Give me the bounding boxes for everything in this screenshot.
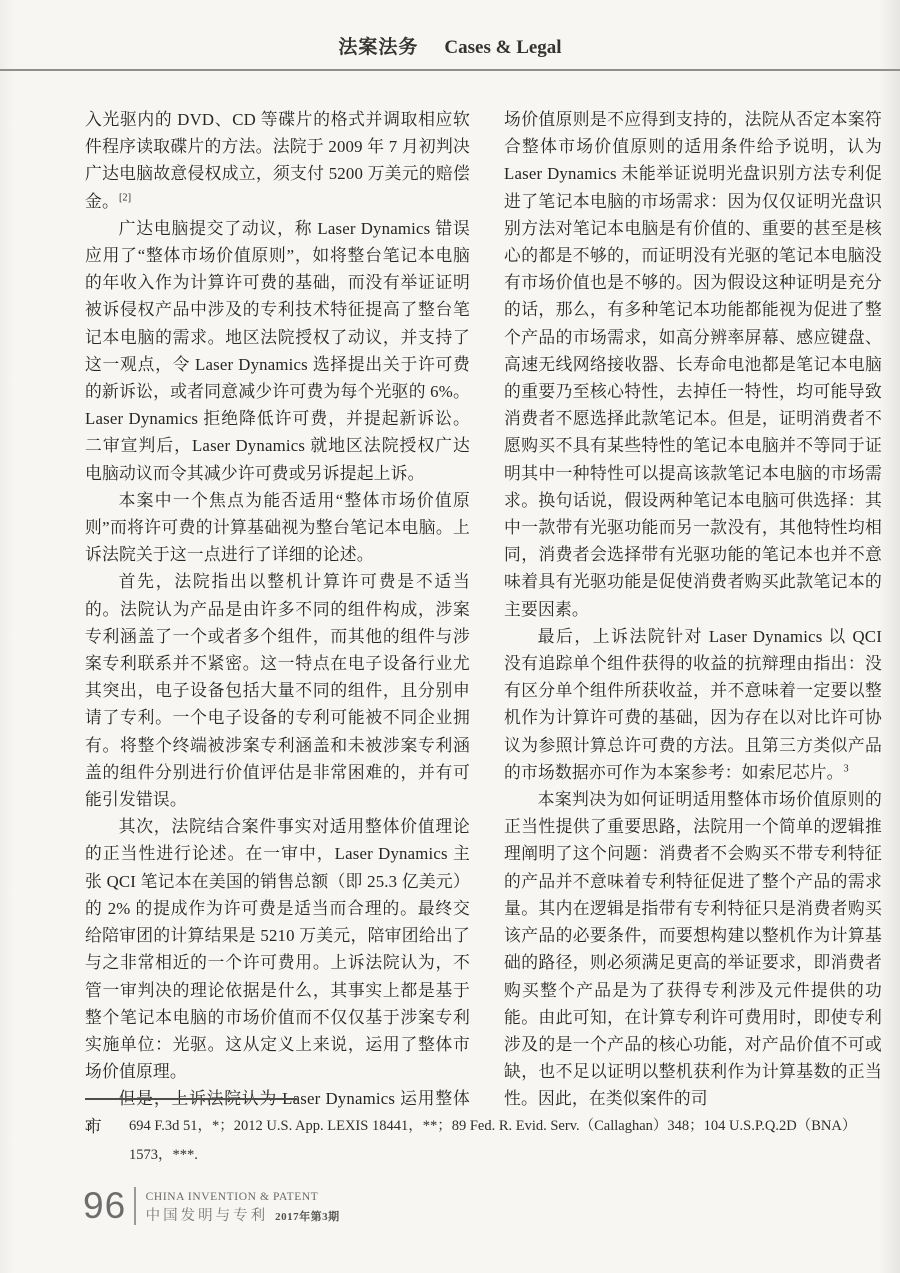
footnote-rule (85, 1098, 297, 1100)
paragraph: 本案判决为如何证明适用整体市场价值原则的正当性提供了重要思路，法院用一个简单的逻… (504, 786, 882, 1112)
paragraph: 最后，上诉法院针对 Laser Dynamics 以 QCI 没有追踪单个组件获… (504, 623, 882, 786)
right-column: 场价值原则是不应得到支持的，法院从否定本案符合整体市场价值原则的适用条件给予说明… (504, 106, 882, 1140)
journal-name-zh: 中国发明与专利 (146, 1207, 269, 1226)
scanned-journal-page: 法案法务Cases & Legal 入光驱内的 DVD、CD 等碟片的格式并调取… (0, 0, 900, 1273)
paragraph: 入光驱内的 DVD、CD 等碟片的格式并调取相应软件程序读取碟片的方法。法院于 … (85, 106, 470, 215)
journal-info: CHINA INVENTION & PATENT 中国发明与专利 2017年第3… (146, 1186, 340, 1226)
paragraph: 广达电脑提交了动议，称 Laser Dynamics 错误应用了“整体市场价值原… (85, 215, 470, 487)
header-rule (0, 69, 900, 71)
article-body: 入光驱内的 DVD、CD 等碟片的格式并调取相应软件程序读取碟片的方法。法院于 … (85, 106, 882, 1140)
paragraph: 场价值原则是不应得到支持的，法院从否定本案符合整体市场价值原则的适用条件给予说明… (504, 106, 882, 623)
footnote-text: 694 F.3d 51，*；2012 U.S. App. LEXIS 18441… (129, 1112, 882, 1170)
page-number: 96 (83, 1187, 126, 1224)
left-column: 入光驱内的 DVD、CD 等碟片的格式并调取相应软件程序读取碟片的方法。法院于 … (85, 106, 470, 1140)
footnote-block: 3 694 F.3d 51，*；2012 U.S. App. LEXIS 184… (85, 1098, 882, 1170)
section-title-en: Cases & Legal (444, 37, 561, 58)
page-footer: 96 CHINA INVENTION & PATENT 中国发明与专利 2017… (83, 1186, 340, 1226)
footnote-number: 3 (85, 1112, 129, 1170)
paragraph: 首先，法院指出以整机计算许可费是不适当的。法院认为产品是由许多不同的组件构成，涉… (85, 568, 470, 813)
page-header: 法案法务Cases & Legal (0, 32, 900, 59)
footnote-reference: [2] (119, 192, 131, 203)
paragraph: 本案中一个焦点为能否适用“整体市场价值原则”而将许可费的计算基础视为整台笔记本电… (85, 487, 470, 569)
section-title-zh: 法案法务 (338, 36, 418, 58)
paragraph: 其次，法院结合案件事实对适用整体价值理论的正当性进行论述。在一审中，Laser … (85, 813, 470, 1085)
issue-label: 2017年第3期 (275, 1210, 340, 1224)
footnote-reference: 3 (844, 763, 849, 774)
footer-divider (134, 1187, 136, 1225)
journal-name-en: CHINA INVENTION & PATENT (146, 1191, 319, 1203)
